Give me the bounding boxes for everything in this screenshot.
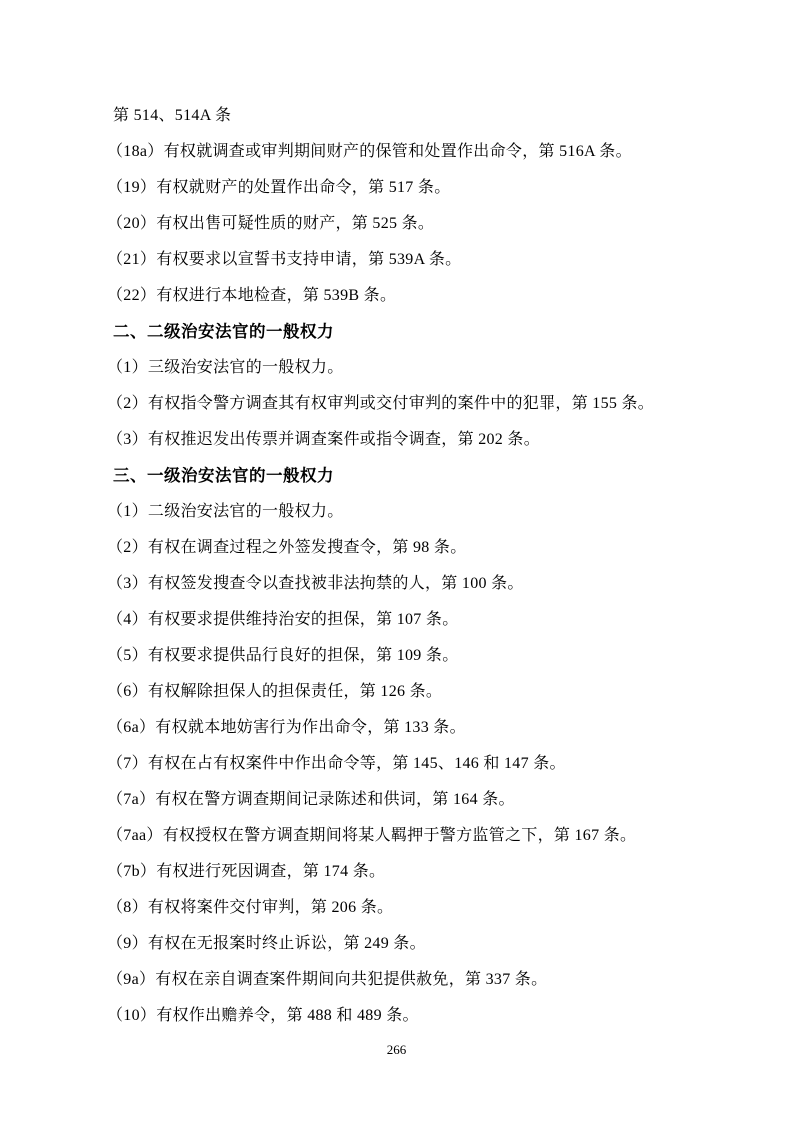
continuation-line: 第 514、514A 条 [107, 98, 703, 134]
section-heading: 三、一级治安法官的一般权力 [107, 458, 703, 494]
list-item: （7）有权在占有权案件中作出命令等，第 145、146 和 147 条。 [107, 746, 703, 782]
list-item: （19）有权就财产的处置作出命令，第 517 条。 [107, 170, 703, 206]
list-item: （6a）有权就本地妨害行为作出命令，第 133 条。 [107, 710, 703, 746]
list-item: （7a）有权在警方调查期间记录陈述和供词，第 164 条。 [107, 782, 703, 818]
list-item: （2）有权指令警方调查其有权审判或交付审判的案件中的犯罪，第 155 条。 [107, 386, 703, 422]
list-item: （22）有权进行本地检查，第 539B 条。 [107, 278, 703, 314]
list-item: （10）有权作出赡养令，第 488 和 489 条。 [107, 998, 703, 1034]
list-item: （8）有权将案件交付审判，第 206 条。 [107, 890, 703, 926]
list-item: （7b）有权进行死因调查，第 174 条。 [107, 854, 703, 890]
page-number: 266 [0, 1040, 793, 1060]
list-item: （18a）有权就调查或审判期间财产的保管和处置作出命令，第 516A 条。 [107, 134, 703, 170]
list-item: （1）三级治安法官的一般权力。 [107, 350, 703, 386]
list-item: （21）有权要求以宣誓书支持申请，第 539A 条。 [107, 242, 703, 278]
list-item: （9a）有权在亲自调查案件期间向共犯提供赦免，第 337 条。 [107, 962, 703, 998]
list-item: （2）有权在调查过程之外签发搜查令，第 98 条。 [107, 530, 703, 566]
list-item: （4）有权要求提供维持治安的担保，第 107 条。 [107, 602, 703, 638]
document-page: 第 514、514A 条（18a）有权就调查或审判期间财产的保管和处置作出命令，… [0, 0, 793, 1122]
list-item: （9）有权在无报案时终止诉讼，第 249 条。 [107, 926, 703, 962]
list-item: （1）二级治安法官的一般权力。 [107, 494, 703, 530]
list-item: （5）有权要求提供品行良好的担保，第 109 条。 [107, 638, 703, 674]
section-heading: 二、二级治安法官的一般权力 [107, 314, 703, 350]
list-item: （3）有权推迟发出传票并调查案件或指令调查，第 202 条。 [107, 422, 703, 458]
document-content: 第 514、514A 条（18a）有权就调查或审判期间财产的保管和处置作出命令，… [107, 98, 703, 1034]
list-item: （7aa）有权授权在警方调查期间将某人羁押于警方监管之下，第 167 条。 [107, 818, 703, 854]
list-item: （6）有权解除担保人的担保责任，第 126 条。 [107, 674, 703, 710]
list-item: （3）有权签发搜查令以查找被非法拘禁的人，第 100 条。 [107, 566, 703, 602]
list-item: （20）有权出售可疑性质的财产，第 525 条。 [107, 206, 703, 242]
